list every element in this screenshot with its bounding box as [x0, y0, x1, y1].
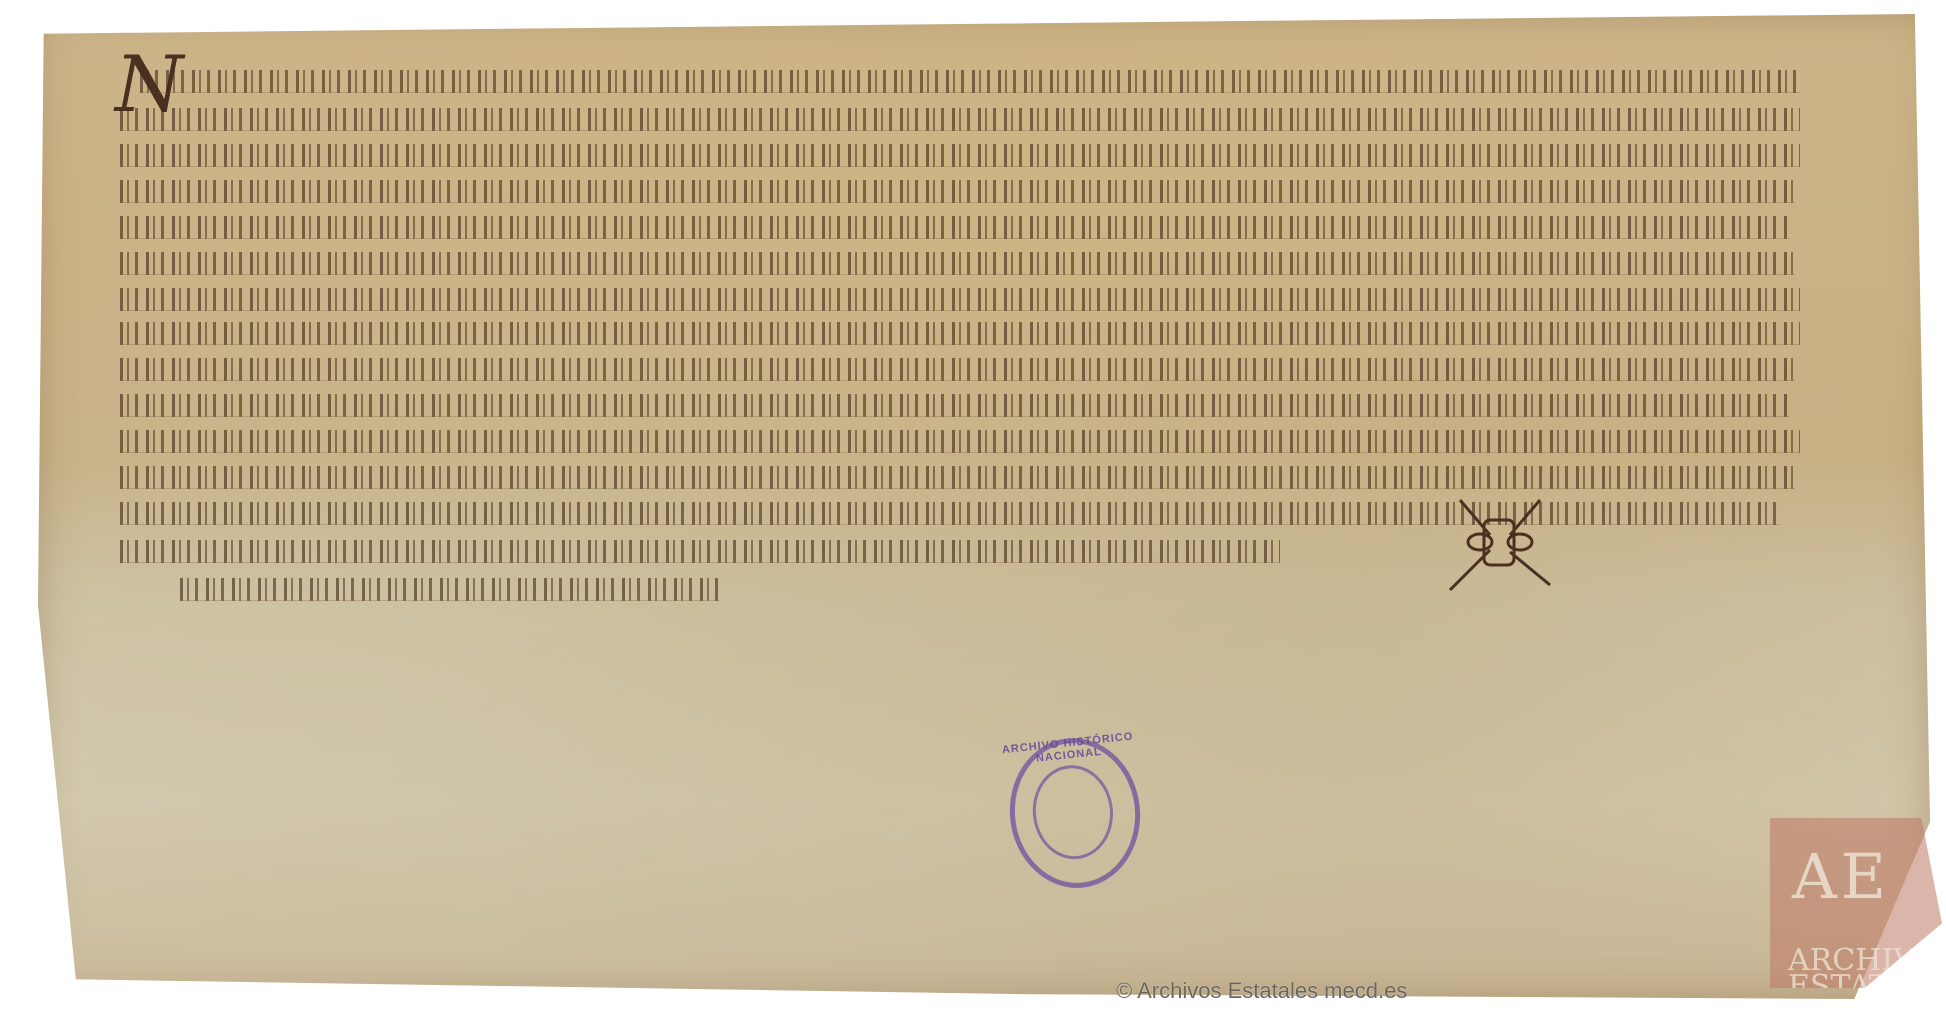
script-line: [120, 288, 1800, 311]
script-line: [120, 252, 1795, 275]
script-line: [180, 578, 720, 601]
script-line: [120, 108, 1800, 131]
script-line: [120, 358, 1795, 381]
script-line: [120, 216, 1790, 239]
notarial-sign-mark: [1440, 490, 1560, 600]
handwritten-text-block: [120, 50, 1820, 570]
script-line: [120, 180, 1795, 203]
script-line: [120, 540, 1280, 563]
script-line: [120, 322, 1800, 345]
watermark-logo: AE: [1792, 840, 1890, 913]
archive-watermark: AE ARCHIVOS ESTATALES: [1770, 818, 1942, 988]
copyright-notice: © Archivos Estatales mecd.es: [1116, 978, 1407, 1004]
script-line: [140, 70, 1800, 93]
script-line: [120, 430, 1800, 453]
script-line: [120, 394, 1790, 417]
script-line: [120, 144, 1800, 167]
stamp-inner-ring: [1028, 761, 1117, 863]
script-line: [120, 466, 1795, 489]
